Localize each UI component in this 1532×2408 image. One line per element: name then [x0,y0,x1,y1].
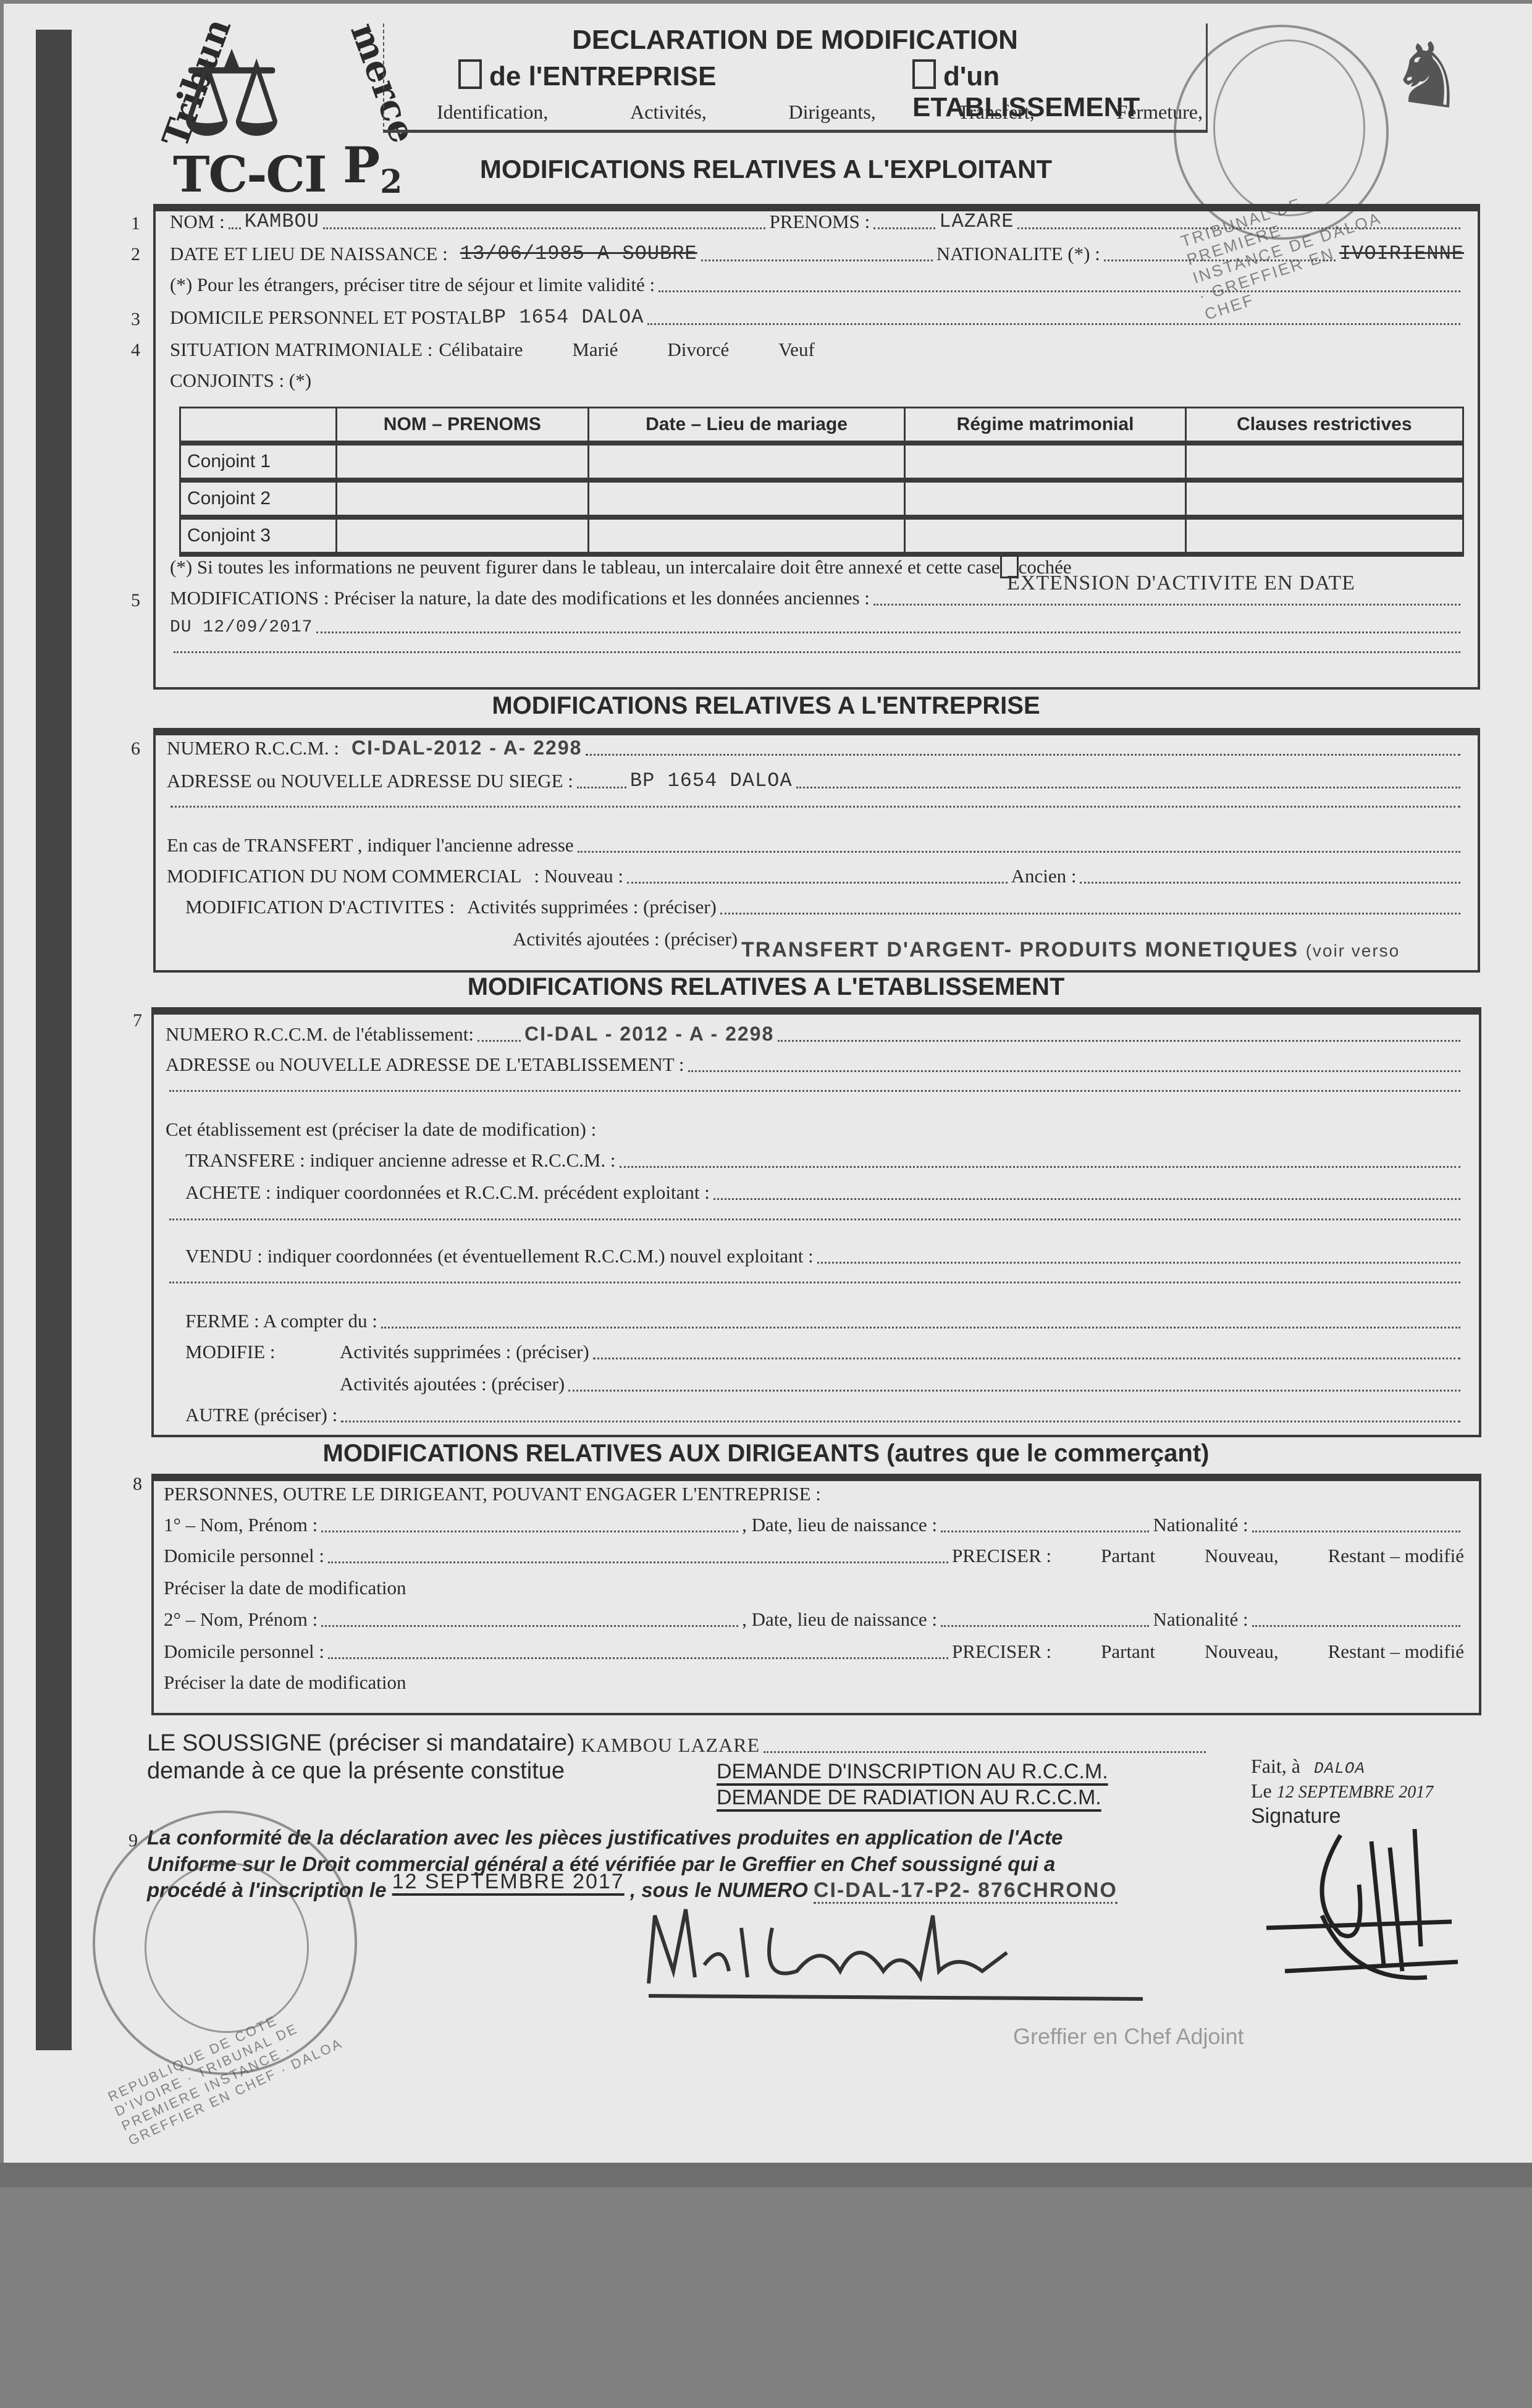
section-title-exploitant: MODIFICATIONS RELATIVES A L'EXPLOITANT [0,154,1532,184]
prenoms-field[interactable]: LAZARE [939,210,1014,233]
row-vendu-2 [166,1279,1464,1287]
declarant-signature [1266,1823,1470,1983]
scope-item: Activités, [630,101,707,124]
conjoint-2-clauses[interactable] [1185,480,1463,517]
row-activites: MODIFICATION D'ACTIVITES : Activités sup… [185,896,1464,918]
conjoint-3-regime[interactable] [905,517,1185,554]
option-marie[interactable]: Marié [572,339,618,361]
person-2-option-restant[interactable]: Restant – modifié [1328,1641,1464,1663]
row-adresse-siege: ADRESSE ou NOUVELLE ADRESSE DU SIEGE : B… [167,769,1464,792]
row-nom-commercial: MODIFICATION DU NOM COMMERCIAL : Nouveau… [167,865,1464,887]
fait-a: Fait, à DALOA [1251,1755,1365,1778]
scales-of-justice-icon: ⚖ [179,37,284,154]
person-2-option-partant[interactable]: Partant [1101,1641,1155,1663]
row-person-2-nom: 2° – Nom, Prénom : , Date, lieu de naiss… [164,1608,1464,1631]
table-row: Conjoint 1 [180,443,1463,480]
conjoint-1-date[interactable] [588,443,905,480]
declaration-header: DECLARATION DE MODIFICATION de l'ENTREPR… [383,23,1208,133]
justice-statue-icon: ♞ [1383,20,1474,130]
row-person-2-date: Préciser la date de modification [164,1671,1520,1694]
row-person-1-domicile: Domicile personnel : PRECISER : Partant … [164,1545,1464,1567]
row-autre: AUTRE (préciser) : [185,1404,1464,1426]
scope-item: Dirigeants, [788,101,875,124]
person-1-domicile-field[interactable] [328,1559,948,1563]
fait-a-field[interactable]: DALOA [1314,1759,1365,1778]
vendu-field[interactable] [817,1259,1460,1264]
section-title-etablissement: MODIFICATIONS RELATIVES A L'ETABLISSEMEN… [0,973,1532,1001]
row-nom: NOM : KAMBOU PRENOMS : LAZARE [170,210,1464,233]
person-2-nom-field[interactable] [321,1623,738,1627]
person-2-domicile-field[interactable] [328,1655,948,1659]
court-stamp-bottom: REPUBLIQUE DE COTE D'IVOIRE · TRIBUNAL D… [93,1810,357,2075]
nationalite-field[interactable]: IVOIRIENNE [1339,242,1464,265]
person-2-nationalite-field[interactable] [1252,1623,1460,1627]
demande-label: demande à ce que la présente constitue [147,1758,565,1785]
row-ferme: FERME : A compter du : [185,1310,1464,1332]
titre-sejour-field[interactable] [659,288,1460,292]
row-transfere: TRANSFERE : indiquer ancienne adresse et… [185,1149,1464,1172]
person-1-option-partant[interactable]: Partant [1101,1545,1155,1567]
section-title-entreprise: MODIFICATIONS RELATIVES A L'ENTREPRISE [0,692,1532,720]
scope-item: Transfert, [958,101,1035,124]
activites-supprimees-field[interactable] [720,910,1460,915]
rccm-etab-field[interactable]: CI-DAL - 2012 - A - 2298 [524,1023,774,1046]
person-1-nationalite-field[interactable] [1252,1528,1460,1532]
activites-ajoutees-field[interactable]: TRANSFERT D'ARGENT- PRODUITS MONETIQUES … [741,938,1400,962]
ferme-field[interactable] [381,1324,1460,1329]
conjoint-2-regime[interactable] [905,480,1185,517]
domicile-field[interactable]: BP 1654 DALOA [482,306,644,329]
scope-item: Identification, [437,101,548,124]
row-adresse-siege-2 [167,803,1464,811]
row-modifications-2: DU 12/09/2017 [170,618,1464,637]
ancienne-adresse-field[interactable] [578,848,1460,853]
greffier-title: Greffier en Chef Adjoint [1013,2024,1244,2050]
row-naissance: DATE ET LIEU DE NAISSANCE : 13/06/1985 A… [170,242,1464,265]
modifications-field-2[interactable]: DU 12/09/2017 [170,618,313,637]
rccm-field[interactable]: CI-DAL-2012 - A- 2298 [351,737,582,759]
row-person-1-nom: 1° – Nom, Prénom : , Date, lieu de naiss… [164,1514,1464,1536]
declaration-scope-items: Identification, Activités, Dirigeants, T… [437,101,1203,124]
table-row: Conjoint 2 [180,480,1463,517]
demande-radiation-option[interactable]: DEMANDE DE RADIATION AU R.C.C.M. [717,1786,1101,1810]
autre-field[interactable] [341,1418,1460,1422]
transfere-field[interactable] [620,1164,1460,1168]
row-rccm-etab: NUMERO R.C.C.M. de l'établissement: CI-D… [166,1023,1464,1046]
conjoints-table: NOM – PRENOMS Date – Lieu de mariage Rég… [179,407,1464,557]
table-row: Conjoint 3 [180,517,1463,554]
row-modifie: MODIFIE : Activités supprimées : (précis… [185,1341,1464,1363]
row-situation: SITUATION MATRIMONIALE : Célibataire Mar… [170,339,1520,361]
checkbox-icon[interactable] [458,59,482,89]
row-etrangers: (*) Pour les étrangers, préciser titre d… [170,274,1464,296]
row-etat-etab: Cet établissement est (préciser la date … [166,1118,1520,1141]
conjoint-2-nom[interactable] [337,480,589,517]
option-divorce[interactable]: Divorcé [667,339,729,361]
row-personnes: PERSONNES, OUTRE LE DIRIGEANT, POUVANT E… [164,1483,1520,1505]
person-1-option-nouveau[interactable]: Nouveau, [1205,1545,1279,1567]
row-adresse-etab-2 [166,1088,1464,1096]
row-person-1-date: Préciser la date de modification [164,1577,1520,1599]
modifie-supprimees-field[interactable] [593,1355,1460,1359]
row-modifications-3 [170,649,1464,657]
adresse-siege-field[interactable]: BP 1654 DALOA [630,769,793,792]
naissance-field[interactable]: 13/06/1985 A SOUBRE [460,242,697,265]
option-entreprise[interactable]: de l'ENTREPRISE [458,59,716,92]
inscription-date-field[interactable]: 12 SEPTEMBRE 2017 [392,1870,625,1893]
conjoint-3-date[interactable] [588,517,905,554]
option-veuf[interactable]: Veuf [778,339,815,361]
table-header-row: NOM – PRENOMS Date – Lieu de mariage Rég… [180,408,1463,444]
row-modifie-ajoutees: Activités ajoutées : (préciser) [340,1373,1464,1395]
modifie-ajoutees-field[interactable] [568,1387,1460,1392]
nom-commercial-ancien-field[interactable] [1080,879,1460,884]
modifications-field-1[interactable]: EXTENSION D'ACTIVITE EN DATE [1007,572,1355,595]
nom-commercial-nouveau-field[interactable] [627,879,1008,884]
option-celibataire[interactable]: Célibataire [439,339,523,361]
conjoint-1-regime[interactable] [905,443,1185,480]
adresse-etab-field[interactable] [688,1068,1460,1072]
person-2-option-nouveau[interactable]: Nouveau, [1205,1641,1279,1663]
nom-field[interactable]: KAMBOU [245,210,319,233]
conjoint-2-date[interactable] [588,480,905,517]
conjoint-1-nom[interactable] [337,443,589,480]
demande-inscription-option[interactable]: DEMANDE D'INSCRIPTION AU R.C.C.M. [717,1760,1108,1784]
ministry-spine-band: Ministère de la Justice Ministère de la … [36,30,72,2050]
person-2-naissance-field[interactable] [941,1623,1149,1627]
fait-le: Le 12 SEPTEMBRE 2017 [1251,1780,1433,1802]
conjoint-3-clauses[interactable] [1185,517,1463,554]
achete-field[interactable] [713,1196,1460,1200]
declaration-title: DECLARATION DE MODIFICATION [384,25,1206,56]
conjoint-1-clauses[interactable] [1185,443,1463,480]
greffier-signature [636,1891,1161,2002]
fait-le-field[interactable]: 12 SEPTEMBRE 2017 [1277,1783,1434,1802]
row-soussigne: LE SOUSSIGNE (préciser si mandataire) KA… [147,1730,1210,1757]
row-conjoints: CONJOINTS : (*) [170,370,1520,392]
person-1-option-restant[interactable]: Restant – modifié [1328,1545,1464,1567]
section-title-dirigeants: MODIFICATIONS RELATIVES AUX DIRIGEANTS (… [0,1440,1532,1468]
row-domicile: DOMICILE PERSONNEL ET POSTAL BP 1654 DAL… [170,306,1464,329]
row-transfert: En cas de TRANSFERT , indiquer l'ancienn… [167,834,1464,856]
scanner-edge [0,2163,1532,2187]
row-person-2-domicile: Domicile personnel : PRECISER : Partant … [164,1641,1464,1663]
conjoint-3-nom[interactable] [337,517,589,554]
checkbox-icon[interactable] [912,59,936,89]
row-adresse-etab: ADRESSE ou NOUVELLE ADRESSE DE L'ETABLIS… [166,1054,1464,1076]
row-vendu: VENDU : indiquer coordonnées (et éventue… [185,1245,1464,1267]
row-rccm: NUMERO R.C.C.M. : CI-DAL-2012 - A- 2298 [167,737,1464,759]
person-1-nom-field[interactable] [321,1528,738,1532]
soussigne-field[interactable]: KAMBOU LAZARE [581,1734,760,1757]
row-achete-2 [166,1216,1464,1224]
row-achete: ACHETE : indiquer coordonnées et R.C.C.M… [185,1181,1464,1204]
person-1-naissance-field[interactable] [941,1528,1149,1532]
